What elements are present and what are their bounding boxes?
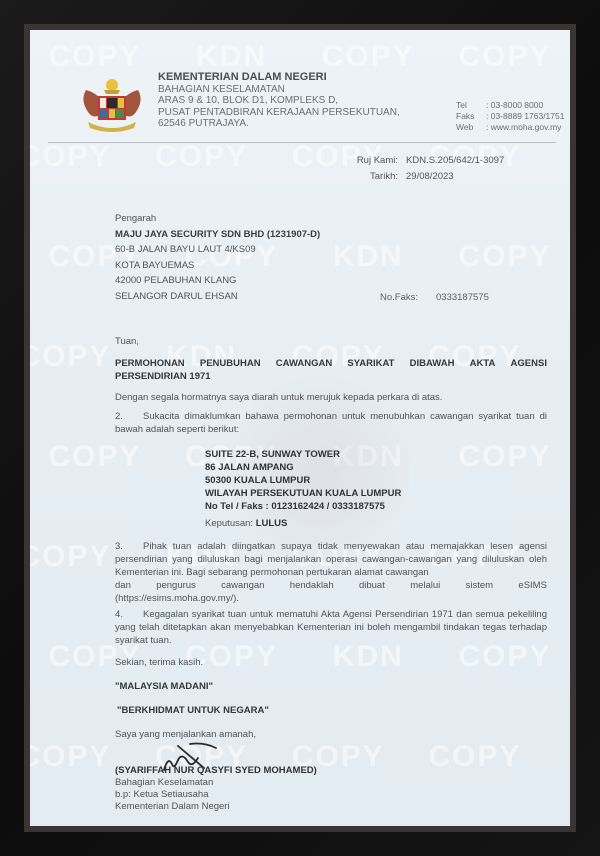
paragraph-text: Sukacita dimaklumkan bahawa permohonan u… — [115, 411, 547, 435]
contact-row: Tel: 03-8000 8000 — [456, 100, 564, 111]
ministry-name: KEMENTERIAN DALAM NEGERI — [158, 72, 400, 84]
org-line: ARAS 9 & 10, BLOK D1, KOMPLEKS D, — [158, 95, 400, 107]
contact-value: : 03-8000 8000 — [486, 100, 543, 111]
letterhead-divider — [48, 142, 556, 143]
reference-block: Ruj Kami:KDN.S.205/642/1-3097 Tarikh:29/… — [340, 153, 504, 185]
fax-label: No.Faks: — [380, 292, 418, 303]
address-line: 42000 PELABUHAN KLANG — [115, 273, 547, 289]
contact-value: : 03-8889 1763/1751 — [486, 111, 564, 122]
coat-of-arms-icon — [78, 76, 146, 136]
word: sistem — [466, 579, 493, 592]
intro-paragraph: Dengan segala hormatnya saya diarah untu… — [115, 392, 547, 403]
closing: Sekian, terima kasih. — [115, 657, 547, 668]
decision-label: Keputusan: — [205, 518, 253, 529]
word: DIBAWAH — [410, 357, 455, 370]
word: hendaklah — [290, 579, 334, 592]
signatory-line: Kementerian Dalam Negeri — [115, 801, 547, 813]
contact-value: : www.moha.gov.my — [486, 122, 561, 133]
word: dibuat — [359, 579, 385, 592]
branch-contact: No Tel / Faks : 0123162424 / 0333187575 — [205, 500, 401, 513]
branch-line: 50300 KUALA LUMPUR — [205, 474, 401, 487]
word: eSIMS — [518, 579, 547, 592]
ministry-address: KEMENTERIAN DALAM NEGERI BAHAGIAN KESELA… — [158, 72, 400, 130]
word: melalui — [410, 579, 440, 592]
recipient-address: Pengarah MAJU JAYA SECURITY SDN BHD (123… — [115, 211, 547, 304]
esims-link[interactable]: (https://esims.moha.gov.my/). — [115, 592, 547, 605]
recipient-title: Pengarah — [115, 211, 547, 227]
word: PENUBUHAN — [200, 357, 261, 370]
watermark-text: COPY — [30, 440, 160, 480]
motto-malaysia-madani: "MALAYSIA MADANI" — [115, 681, 547, 692]
ref-label: Ruj Kami: — [340, 153, 406, 169]
paragraph-text: Kegagalan syarikat tuan untuk mematuhi A… — [115, 609, 547, 646]
subject-line-1: PERMOHONANPENUBUHANCAWANGANSYARIKATDIBAW… — [115, 357, 547, 370]
paragraph-3: 3.Pihak tuan adalah diingatkan supaya ti… — [115, 540, 547, 605]
word: pengurus — [156, 579, 196, 592]
word: AGENSI — [511, 357, 547, 370]
paragraph-4: 4.Kegagalan syarikat tuan untuk mematuhi… — [115, 608, 547, 647]
word: AKTA — [470, 357, 496, 370]
word: dan — [115, 579, 131, 592]
decision-status: LULUS — [256, 518, 288, 529]
contact-label: Tel — [456, 100, 486, 111]
decision: Keputusan: LULUS — [205, 518, 287, 529]
letter-date: 29/08/2023 — [406, 169, 454, 185]
picture-frame: COPYKDNCOPYCOPYCOPYCOPYCOPYCOPYCOPYCOPYK… — [0, 0, 600, 856]
paragraph-2: 2.Sukacita dimaklumkan bahawa permohonan… — [115, 410, 547, 436]
paragraph-text: Pihak tuan adalah diingatkan supaya tida… — [115, 541, 547, 578]
fax-value: 0333187575 — [436, 292, 489, 303]
salutation: Tuan, — [115, 336, 547, 347]
word: SYARIKAT — [347, 357, 394, 370]
contact-row: Faks: 03-8889 1763/1751 — [456, 111, 564, 122]
watermark-text: COPY — [30, 140, 130, 180]
word: CAWANGAN — [276, 357, 332, 370]
letter-document: COPYKDNCOPYCOPYCOPYCOPYCOPYCOPYCOPYCOPYK… — [30, 30, 570, 826]
paragraph-spread-line: danpenguruscawanganhendaklahdibuatmelalu… — [115, 579, 547, 592]
ref-number: KDN.S.205/642/1-3097 — [406, 153, 504, 169]
signatory-block: (SYARIFFAH NUR QASYFI SYED MOHAMED) Baha… — [115, 765, 547, 813]
letterhead: KEMENTERIAN DALAM NEGERI BAHAGIAN KESELA… — [78, 70, 568, 140]
contact-info: Tel: 03-8000 8000 Faks: 03-8889 1763/175… — [456, 100, 564, 133]
word: PERMOHONAN — [115, 357, 185, 370]
recipient-fax: No.Faks: 0333187575 — [380, 292, 489, 303]
paragraph-number: 4. — [115, 608, 143, 621]
address-line: KOTA BAYUEMAS — [115, 258, 547, 274]
paragraph-number: 2. — [115, 410, 143, 423]
watermark-text: COPY — [137, 140, 267, 180]
date-label: Tarikh: — [340, 169, 406, 185]
letter-subject: PERMOHONANPENUBUHANCAWANGANSYARIKATDIBAW… — [115, 357, 547, 383]
contact-row: Web: www.moha.gov.my — [456, 122, 564, 133]
recipient-company: MAJU JAYA SECURITY SDN BHD (1231907-D) — [115, 227, 547, 243]
org-line: 62546 PUTRAJAYA. — [158, 118, 400, 130]
branch-line: WILAYAH PERSEKUTUAN KUALA LUMPUR — [205, 487, 401, 500]
signatory-name: (SYARIFFAH NUR QASYFI SYED MOHAMED) — [115, 765, 547, 777]
org-line: PUSAT PENTADBIRAN KERAJAAN PERSEKUTUAN, — [158, 107, 400, 119]
contact-label: Web — [456, 122, 486, 133]
contact-label: Faks — [456, 111, 486, 122]
signatory-line: Bahagian Keselamatan — [115, 777, 547, 789]
sign-intro: Saya yang menjalankan amanah, — [115, 729, 547, 740]
address-line: 60-B JALAN BAYU LAUT 4/KS09 — [115, 242, 547, 258]
branch-line: SUITE 22-B, SUNWAY TOWER — [205, 448, 401, 461]
watermark-text: COPY — [440, 440, 570, 480]
word: cawangan — [221, 579, 264, 592]
motto-berkhidmat: "BERKHIDMAT UNTUK NEGARA" — [117, 705, 549, 716]
branch-address: SUITE 22-B, SUNWAY TOWER 86 JALAN AMPANG… — [205, 448, 401, 513]
org-line: BAHAGIAN KESELAMATAN — [158, 84, 400, 96]
branch-line: 86 JALAN AMPANG — [205, 461, 401, 474]
paragraph-number: 3. — [115, 540, 143, 553]
subject-line-2: PERSENDIRIAN 1971 — [115, 370, 547, 383]
signatory-line: b.p: Ketua Setiausaha — [115, 789, 547, 801]
